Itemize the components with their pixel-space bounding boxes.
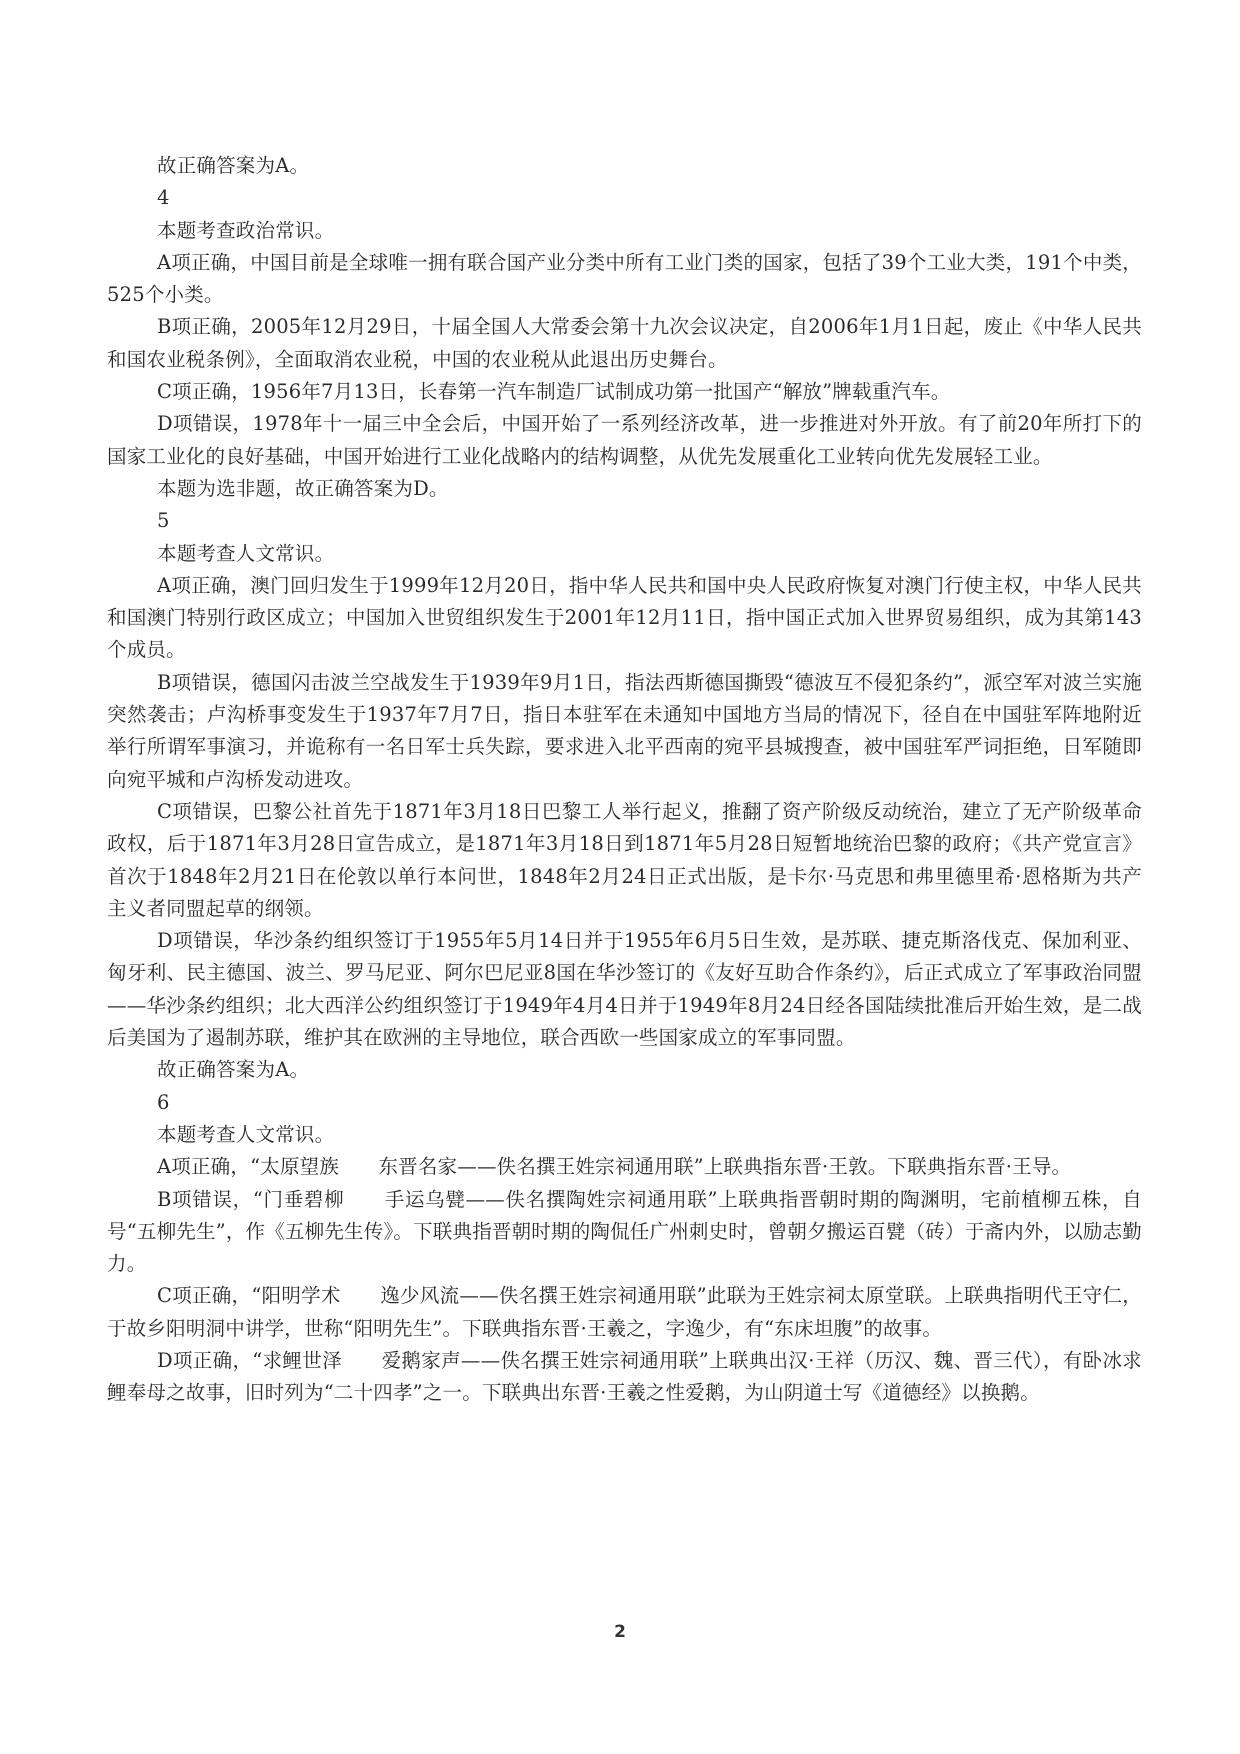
option-d-explanation: D项正确，“求鲤世泽 爱鹅家声——佚名撰王姓宗祠通用联”上联典出汉·王祥（历汉、… xyxy=(107,1345,1142,1410)
page-number: 2 xyxy=(0,1622,1240,1642)
option-b-explanation: B项错误，德国闪击波兰空战发生于1939年9月1日，指法西斯德国撕毁“德波互不侵… xyxy=(107,667,1142,796)
option-b-explanation: B项错误，“门垂碧柳 手运乌甓——佚名撰陶姓宗祠通用联”上联典指晋朝时期的陶渊明… xyxy=(107,1184,1142,1281)
document-body: 故正确答案为A。 4 本题考查政治常识。 A项正确，中国目前是全球唯一拥有联合国… xyxy=(107,150,1142,1410)
option-d-explanation: D项错误，1978年十一届三中全会后，中国开始了一系列经济改革，进一步推进对外开… xyxy=(107,408,1142,473)
question-number: 6 xyxy=(107,1087,1142,1119)
answer-line: 故正确答案为A。 xyxy=(107,1054,1142,1086)
topic-line: 本题考查人文常识。 xyxy=(107,538,1142,570)
option-c-explanation: C项正确，“阳明学术 逸少风流——佚名撰王姓宗祠通用联”此联为王姓宗祠太原堂联。… xyxy=(107,1280,1142,1345)
answer-line: 本题为选非题，故正确答案为D。 xyxy=(107,473,1142,505)
option-a-explanation: A项正确，“太原望族 东晋名家——佚名撰王姓宗祠通用联”上联典指东晋·王敦。下联… xyxy=(107,1151,1142,1183)
question-number: 5 xyxy=(107,505,1142,537)
option-a-explanation: A项正确，澳门回归发生于1999年12月20日，指中华人民共和国中央人民政府恢复… xyxy=(107,570,1142,667)
option-c-explanation: C项正确，1956年7月13日，长春第一汽车制造厂试制成功第一批国产“解放”牌载… xyxy=(107,376,1142,408)
answer-line: 故正确答案为A。 xyxy=(107,150,1142,182)
option-d-explanation: D项错误，华沙条约组织签订于1955年5月14日并于1955年6月5日生效，是苏… xyxy=(107,925,1142,1054)
topic-line: 本题考查政治常识。 xyxy=(107,215,1142,247)
question-number: 4 xyxy=(107,182,1142,214)
option-b-explanation: B项正确，2005年12月29日，十届全国人大常委会第十九次会议决定，自2006… xyxy=(107,311,1142,376)
topic-line: 本题考查人文常识。 xyxy=(107,1119,1142,1151)
option-a-explanation: A项正确，中国目前是全球唯一拥有联合国产业分类中所有工业门类的国家，包括了39个… xyxy=(107,247,1142,312)
option-c-explanation: C项错误，巴黎公社首先于1871年3月18日巴黎工人举行起义，推翻了资产阶级反动… xyxy=(107,796,1142,925)
